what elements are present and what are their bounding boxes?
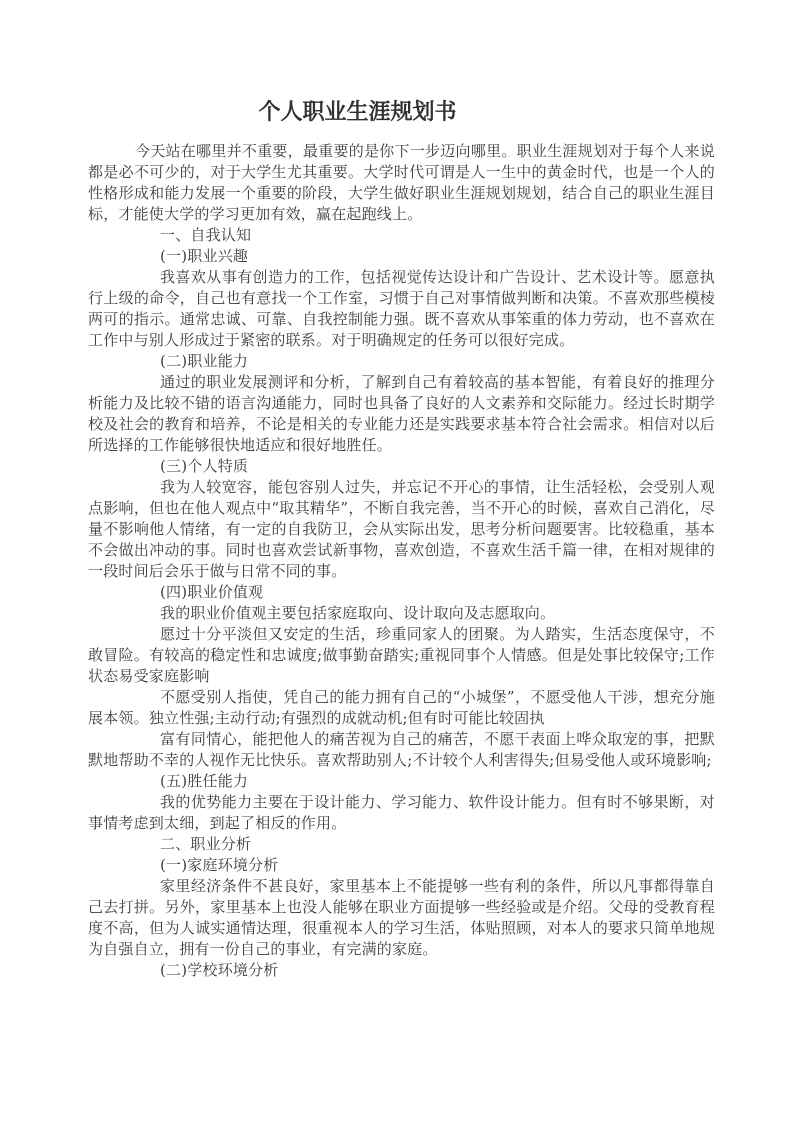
section-heading: (五)胜任能力 [88,771,715,792]
paragraph: 不愿受别人指使，凭自己的能力拥有自己的“小城堡”，不愿受他人干涉，想充分施展本领… [88,687,715,729]
section-heading: 二、职业分析 [88,834,715,855]
section-heading: (二)职业能力 [88,351,715,372]
section-heading: (四)职业价值观 [88,582,715,603]
paragraph: 富有同情心，能把他人的痛苦视为自己的痛苦，不愿干表面上哗众取宠的事，把默默地帮助… [88,729,715,771]
paragraph: 我的职业价值观主要包括家庭取向、设计取向及志愿取向。 [88,603,715,624]
section-heading: (三)个人特质 [88,456,715,477]
section-heading: (一)家庭环境分析 [88,855,715,876]
paragraph: 我为人较宽容，能包容别人过失，并忘记不开心的事情，让生活轻松，会受别人观点影响，… [88,477,715,582]
paragraph: 家里经济条件不甚良好，家里基本上不能提够一些有利的条件，所以凡事都得靠自己去打拼… [88,876,715,960]
paragraph: 我的优势能力主要在于设计能力、学习能力、软件设计能力。但有时不够果断，对事情考虑… [88,792,715,834]
document-body: 今天站在哪里并不重要，最重要的是你下一步迈向哪里。职业生涯规划对于每个人来说都是… [88,141,715,981]
section-heading: (二)学校环境分析 [88,960,715,981]
document-page: 个人职业生涯规划书 今天站在哪里并不重要，最重要的是你下一步迈向哪里。职业生涯规… [88,96,715,981]
section-heading: 一、自我认知 [88,225,715,246]
paragraph: 愿过十分平淡但又安定的生活，珍重同家人的团聚。为人踏实，生活态度保守，不敢冒险。… [88,624,715,687]
paragraph: 通过的职业发展测评和分析，了解到自己有着较高的基本智能，有着良好的推理分析能力及… [88,372,715,456]
document-title: 个人职业生涯规划书 [44,96,671,128]
paragraph: 今天站在哪里并不重要，最重要的是你下一步迈向哪里。职业生涯规划对于每个人来说都是… [88,141,715,225]
paragraph: 我喜欢从事有创造力的工作，包括视觉传达设计和广告设计、艺术设计等。愿意执行上级的… [88,267,715,351]
section-heading: (一)职业兴趣 [88,246,715,267]
